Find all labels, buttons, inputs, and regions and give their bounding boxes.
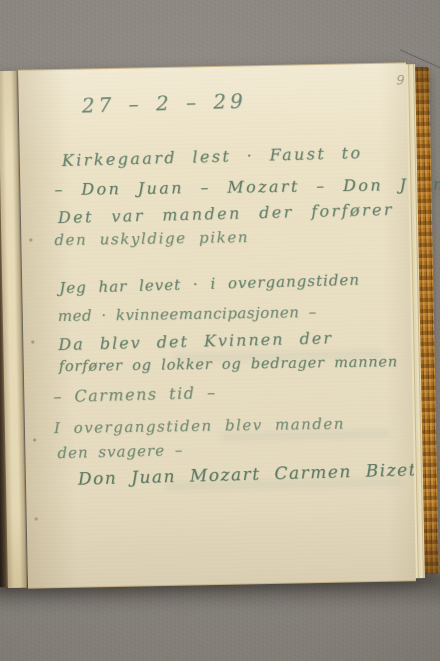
stitch-hole (31, 340, 34, 343)
handwritten-line: – Don Juan – Mozart – Don Juan (54, 175, 440, 199)
stitch-hole (33, 438, 36, 441)
date-heading: 27 – 2 – 29 (81, 89, 247, 118)
handwritten-line: – Carmens tid – (53, 383, 217, 406)
handwritten-line: Da blev det Kvinnen der (58, 328, 333, 354)
handwritten-line: den svagere – (57, 441, 183, 462)
stitch-hole (35, 517, 38, 520)
handwritten-line: forfører og lokker og bedrager mannen (59, 354, 398, 375)
notebook: 9 27 – 2 – 29 Kirkegaard lest · Faust to… (0, 62, 440, 590)
handwritten-line: Det var manden der forfører (58, 200, 394, 227)
handwritten-line: Kirkegaard lest · Faust to (62, 143, 363, 170)
stitch-hole (29, 239, 32, 242)
page-number: 9 (396, 73, 405, 88)
handwritten-line: med · kvinneemancipasjonen – (58, 303, 317, 325)
handwritten-line: Jeg har levet · i overgangstiden (59, 271, 360, 297)
handwritten-line: den uskyldige piken (54, 228, 249, 249)
notebook-page: 9 27 – 2 – 29 Kirkegaard lest · Faust to… (18, 62, 416, 588)
photo-scene: 9 27 – 2 – 29 Kirkegaard lest · Faust to… (0, 0, 440, 661)
